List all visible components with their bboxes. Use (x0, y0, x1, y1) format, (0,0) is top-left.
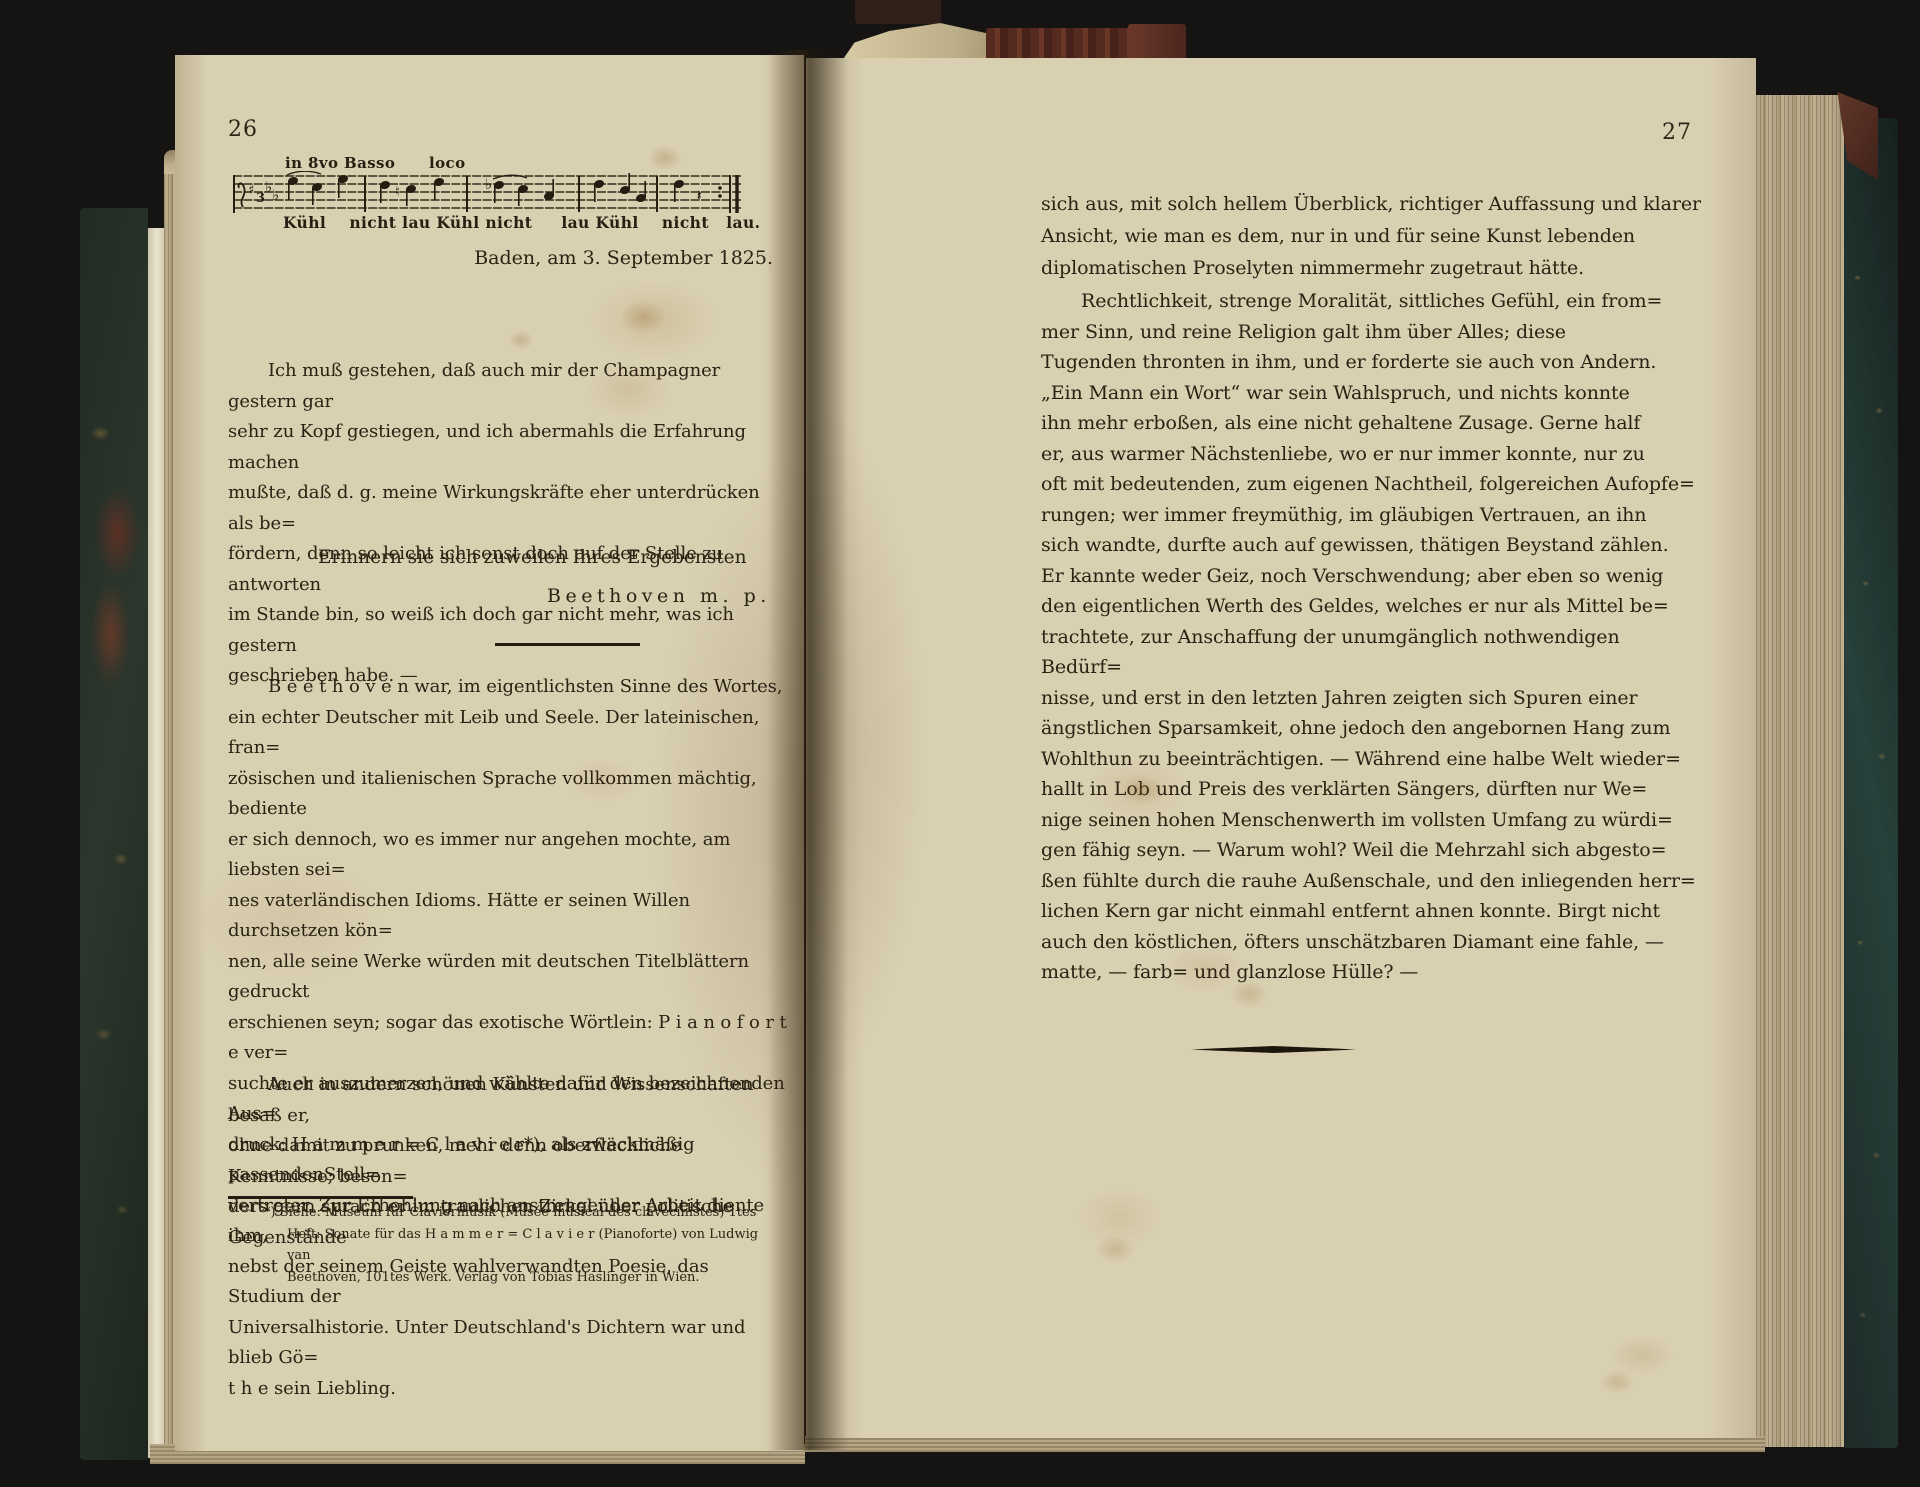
svg-text:𝄽: 𝄽 (697, 188, 702, 204)
music-notation-svg: ♯ 3 ♭ ♭ ♮ ♭ 𝄽 (227, 171, 745, 217)
svg-text:♭: ♭ (485, 175, 492, 193)
right-book-cover (1844, 118, 1898, 1448)
right-page-edge-stack (1756, 95, 1844, 1447)
tailpiece-rule (1191, 1046, 1356, 1053)
section-divider-rule (495, 643, 640, 646)
left-book-cover (80, 208, 148, 1460)
page-number-right: 27 (1640, 120, 1692, 145)
music-annotation: in 8vo Basso loco (285, 154, 465, 172)
letter-closing: Erinnern sie sich zuweilen Ihres Ergeben… (318, 547, 747, 568)
signature: Beethoven m. p. (547, 585, 771, 607)
dateline: Baden, am 3. September 1825. (228, 247, 801, 269)
music-notation: ♯ 3 ♭ ♭ ♮ ♭ 𝄽 (227, 171, 745, 217)
letter-paragraph: Ich muß gestehen, daß auch mir der Champ… (228, 356, 788, 692)
clef-and-signature: ♯ 3 ♭ ♭ ♮ ♭ 𝄽 (239, 175, 722, 207)
left-page: 26 in 8vo Basso loco (175, 55, 804, 1451)
book-photo: 26 in 8vo Basso loco (0, 0, 1920, 1487)
continuation-paragraph: sich aus, mit solch hellem Überblick, ri… (1041, 188, 1701, 284)
music-lyrics: Kühl nicht lau Kühl nicht lau Kühl nicht… (283, 213, 760, 232)
footnote: *) Siehe: Museum für Claviermusik (Musée… (264, 1202, 767, 1289)
page-number-left: 26 (228, 117, 258, 142)
right-page: 27 sich aus, mit solch hellem Überblick,… (806, 58, 1756, 1438)
footnote-rule (228, 1196, 413, 1199)
gutter-shadow (768, 50, 848, 1450)
right-bottom-page-edges (805, 1436, 1765, 1452)
svg-text:♭: ♭ (272, 186, 279, 204)
svg-text:♯: ♯ (248, 183, 254, 198)
biography-paragraph-1: B e e t h o v e n war, im eigentlichsten… (228, 672, 788, 1404)
left-flyleaf-edge (148, 228, 164, 1458)
main-paragraph: Rechtlichkeit, strenge Moralität, sittli… (1041, 286, 1701, 988)
svg-text:♮: ♮ (395, 184, 400, 200)
spine-fragment (855, 0, 941, 24)
svg-text:3: 3 (256, 191, 265, 206)
